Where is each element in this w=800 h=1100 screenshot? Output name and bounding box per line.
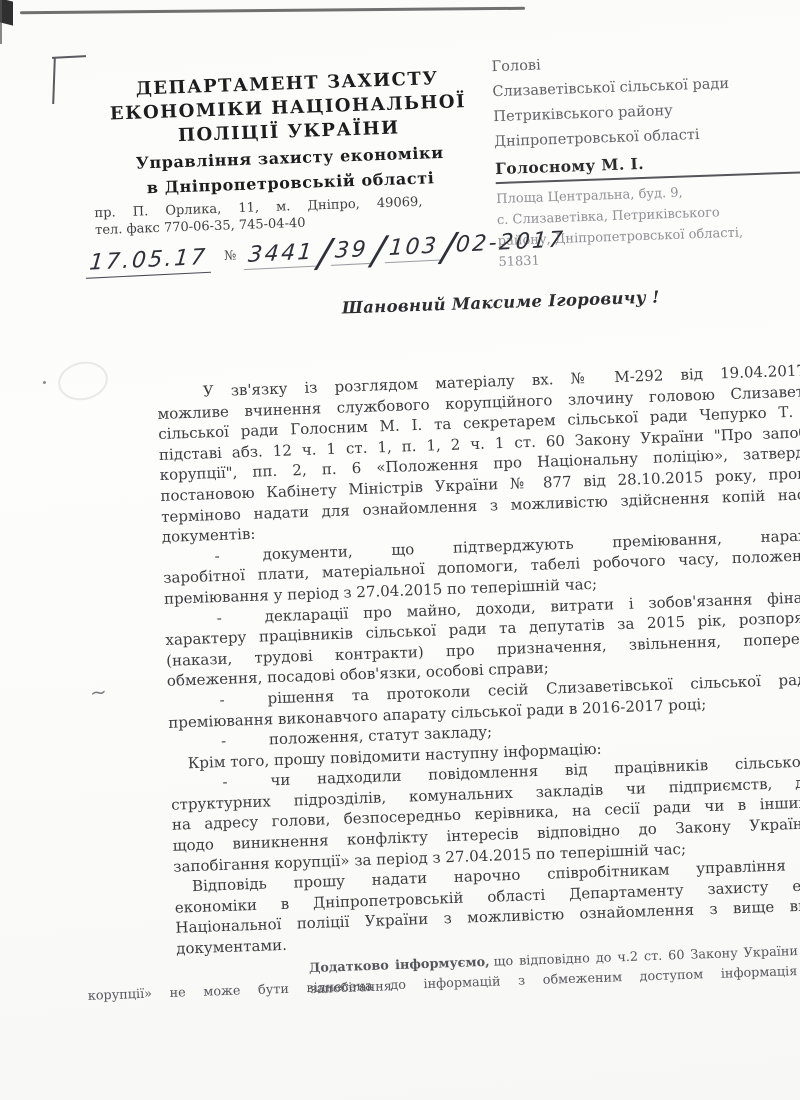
list-dash: - <box>221 729 270 751</box>
list-dash: - <box>219 688 268 710</box>
handwritten-number-part: 103 <box>385 233 443 263</box>
number-sign: № <box>224 248 237 264</box>
handwritten-slash: / <box>370 228 387 273</box>
letter-sheet: ДЕПАРТАМЕНТ ЗАХИСТУ ЕКОНОМІКИ НАЦІОНАЛЬН… <box>95 29 800 1094</box>
pen-tilde-mark: ~ <box>89 679 108 705</box>
scan-left-edge-line <box>0 0 2 44</box>
sender-letterhead: ДЕПАРТАМЕНТ ЗАХИСТУ ЕКОНОМІКИ НАЦІОНАЛЬН… <box>106 66 473 239</box>
scanned-letter-page: ~ ДЕПАРТАМЕНТ ЗАХИСТУ ЕКОНОМІКИ НАЦІОНАЛ… <box>0 0 800 1100</box>
scan-top-edge-line <box>20 7 525 14</box>
list-dash: - <box>216 606 265 628</box>
letter-body: У зв'язку із розглядом матеріалу вх. № М… <box>156 359 800 1004</box>
ink-dot <box>43 381 46 384</box>
pen-corner-mark <box>51 55 91 105</box>
list-dash: - <box>214 544 263 566</box>
handwritten-number-part: 3441 <box>244 239 318 270</box>
salutation: Шановний Максиме Ігоровичу ! <box>342 289 612 317</box>
handwritten-slash: / <box>316 231 333 276</box>
handwritten-number-part: 39 <box>331 237 372 266</box>
handwritten-number-part: 02-2017 <box>455 227 567 257</box>
list-dash: - <box>222 771 271 793</box>
pen-corner-mark-horizontal <box>52 55 86 58</box>
faint-stamp-shadow <box>55 357 112 405</box>
pen-corner-mark-vertical <box>52 58 55 104</box>
handwritten-date: 17.05.17 <box>86 245 213 279</box>
